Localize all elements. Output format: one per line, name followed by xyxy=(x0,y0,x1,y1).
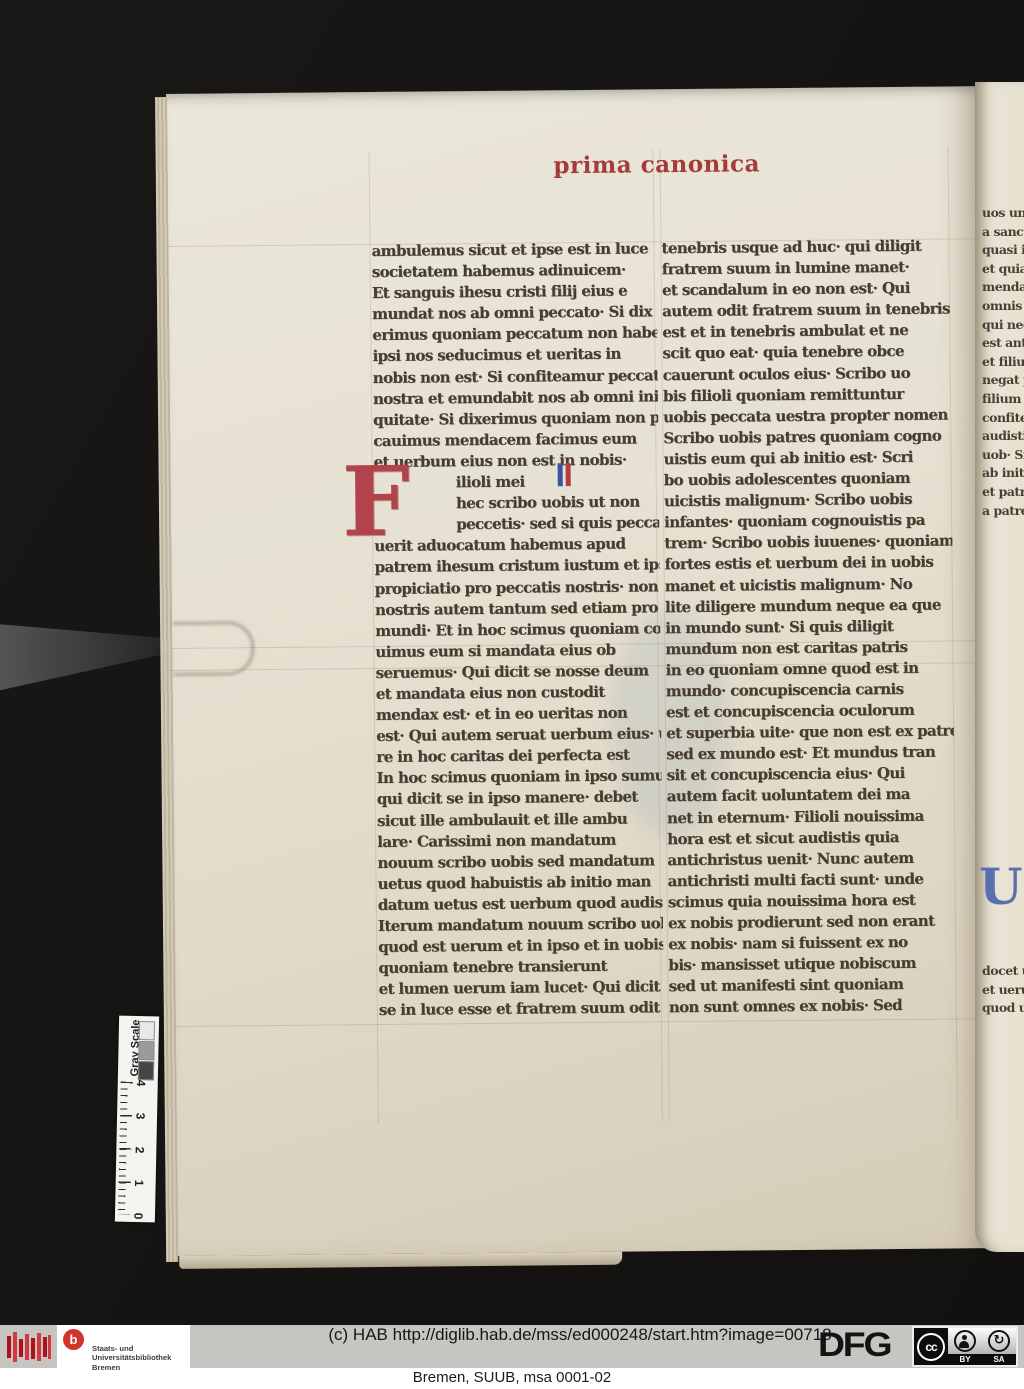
ruler-number: 3 xyxy=(133,1113,147,1120)
manuscript-line: bo uobis adolescentes quoniam xyxy=(664,468,952,492)
manuscript-line-fragment: et uerum e xyxy=(982,981,1024,1000)
manuscript-line: net in eternum· Filioli nouissima xyxy=(667,805,955,829)
manuscript-line: quitate· Si dixerimus quoniam non pec xyxy=(373,407,658,431)
bremen-bars-logo xyxy=(6,1330,52,1368)
manuscript-line: fortes estis et uerbum dei in uobis xyxy=(664,552,952,576)
library-name-line: Staats- und xyxy=(92,1344,171,1353)
cc-license-badge: cc ↻ BYSA xyxy=(912,1326,1018,1367)
ruler-numbers: 43210 xyxy=(135,1076,145,1223)
manuscript-line: mundat nos ab omni peccato· Si dix xyxy=(372,302,657,326)
cc-by-person-icon xyxy=(954,1330,976,1352)
manuscript-line: datum uetus est uerbum quod audistis xyxy=(378,892,663,916)
manuscript-line: uerit aduocatum habemus apud xyxy=(374,534,659,558)
manuscript-line: patrem ihesum cristum iustum et ipse est xyxy=(374,555,659,579)
cc-module-labels: BYSA xyxy=(948,1354,1016,1365)
manuscript-line: Iterum mandatum nouum scribo uobis xyxy=(378,913,663,937)
manuscript-line: ambulemus sicut et ipse est in luce xyxy=(371,238,656,262)
library-logo-box: b Staats- undUniversitätsbibliothekBreme… xyxy=(57,1325,190,1378)
manuscript-line-fragment: omnis est xyxy=(982,297,1024,316)
cc-logo-icon: cc xyxy=(914,1328,948,1365)
manuscript-line: Scribo uobis patres quoniam cogno xyxy=(663,425,951,449)
manuscript-line: sicut ille ambulauit et ille ambu xyxy=(377,808,662,832)
library-name: Staats- undUniversitätsbibliothekBremen xyxy=(92,1344,171,1372)
manuscript-line: nouum scribo uobis sed mandatum xyxy=(377,850,662,874)
manuscript-line-fragment: et filium· xyxy=(982,353,1024,372)
cc-label: SA xyxy=(993,1354,1004,1365)
manuscript-line: qui dicit se in ipso manere· debet xyxy=(377,787,662,811)
manuscript-line-fragment: a patre no xyxy=(982,502,1024,521)
manuscript-line: peccetis· sed si quis pecca xyxy=(456,513,659,536)
manuscript-line: mundi· Et in hoc scimus quoniam cogno xyxy=(375,618,660,642)
ruler-number: 0 xyxy=(131,1213,145,1220)
manuscript-line: in eo quoniam omne quod est in xyxy=(665,657,953,681)
manuscript-line: ex nobis· nam si fuissent ex no xyxy=(668,932,956,956)
manuscript-line-fragment: qui negat q xyxy=(982,316,1024,335)
ruler-ticks-major xyxy=(118,1082,133,1215)
manuscript-line: quoniam tenebre transierunt xyxy=(378,955,663,979)
manuscript-line: cauerunt oculos eius· Scribo uo xyxy=(663,362,951,386)
cc-label: BY xyxy=(959,1354,970,1365)
manuscript-line-fragment: uos unctio xyxy=(982,204,1024,223)
manuscript-line-fragment: confitetur xyxy=(982,409,1024,428)
facing-page-edge: uos unctioa sancto etquasi ignoret quia … xyxy=(975,82,1024,1252)
manuscript-line: antichristus uenit· Nunc autem xyxy=(667,847,955,871)
manuscript-scan-viewport: prima canonica ambulemus sicut et ipse e… xyxy=(0,0,1024,1389)
manuscript-line: lite diligere mundum neque ea que xyxy=(665,594,953,618)
manuscript-line: est et concupiscencia oculorum xyxy=(666,700,954,724)
cc-sa-arrow-icon: ↻ xyxy=(988,1330,1010,1352)
manuscript-line: hec scribo uobis ut non xyxy=(456,491,659,514)
manuscript-line-fragment: est antichri xyxy=(982,334,1024,353)
manuscript-line-fragment: quasi ignor xyxy=(982,241,1024,260)
manuscript-line-fragment: docet uos xyxy=(982,962,1024,981)
illuminated-initial-blue: U xyxy=(979,864,1023,909)
manuscript-line: sit et concupiscencia eius· Qui xyxy=(666,763,954,787)
manuscript-line: manet et uicistis malignum· No xyxy=(665,573,953,597)
manuscript-line: hora est et sicut audistis quia xyxy=(667,826,955,850)
ruler-number: 1 xyxy=(132,1179,146,1186)
manuscript-line: ipsi nos seducimus et ueritas in xyxy=(372,344,657,368)
dfg-logo: DFG xyxy=(818,1326,890,1365)
cc-module-icons: ↻ xyxy=(948,1328,1016,1354)
manuscript-line: re in hoc caritas dei perfecta est xyxy=(376,745,661,769)
grayscale-ruler: Gray Scale 43210 xyxy=(115,1016,159,1223)
manuscript-line: bis filioli quoniam remittuntur xyxy=(663,383,951,407)
gray-patch-medium xyxy=(138,1041,154,1060)
text-column-left: ambulemus sicut et ipse est in lucesocie… xyxy=(371,238,663,1021)
manuscript-line-fragment: ab initio p xyxy=(982,464,1024,483)
manuscript-line: societatem habemus adinuicem· xyxy=(372,259,657,283)
manuscript-line: cauimus mendacem facimus eum xyxy=(373,428,658,452)
library-name-line: Universitätsbibliothek xyxy=(92,1353,171,1362)
manuscript-line-fragment: audistis ab xyxy=(982,427,1024,446)
manuscript-line: uetus quod habuistis ab initio man xyxy=(377,871,662,895)
ruler-scale: 43210 xyxy=(115,1080,158,1218)
manuscript-line: se in luce esse et fratrem suum odit in xyxy=(379,998,664,1022)
manuscript-line: erimus quoniam peccatum non habemus xyxy=(372,323,657,347)
manuscript-line: sed ut manifesti sint quoniam xyxy=(668,974,956,998)
manuscript-line: bis· mansisset utique nobiscum xyxy=(668,953,956,977)
manuscript-line: in mundo sunt· Si quis diligit xyxy=(665,615,953,639)
manuscript-line: autem odit fratrem suum in tenebris xyxy=(662,299,950,323)
manuscript-line: uicistis malignum· Scribo uobis xyxy=(664,489,952,513)
manuscript-line-fragment: et quia sed xyxy=(982,260,1024,279)
manuscript-line: et lumen uerum iam lucet· Qui dicit xyxy=(379,977,664,1001)
manuscript-line: uobis peccata uestra propter nomen eius xyxy=(663,404,951,428)
caption-footer: b Staats- undUniversitätsbibliothekBreme… xyxy=(0,1325,1024,1389)
manuscript-line-fragment: uob· Si in u xyxy=(982,446,1024,465)
manuscript-line: propiciatio pro peccatis nostris· non pr… xyxy=(375,576,660,600)
manuscript-line: mundum non est caritas patris xyxy=(665,636,953,660)
cc-modules: ↻ BYSA xyxy=(948,1328,1016,1365)
footer-gray-bar: b Staats- undUniversitätsbibliothekBreme… xyxy=(0,1325,1024,1368)
facing-page-text-fragments-lower: docet uoset uerum equod uob xyxy=(982,962,1024,1018)
paragraph-mark-icon xyxy=(558,463,572,486)
library-name-line: Bremen xyxy=(92,1363,171,1372)
manuscript-line: fratrem suum in lumine manet· xyxy=(662,257,950,281)
manuscript-line: nostris autem tantum sed etiam pro tociu… xyxy=(375,597,660,621)
manuscript-line-fragment: et patre m xyxy=(982,483,1024,502)
manuscript-page: prima canonica ambulemus sicut et ipse e… xyxy=(166,86,986,1256)
manuscript-line: mundo· concupiscencia carnis xyxy=(666,678,954,702)
manuscript-line: Et sanguis ihesu cristi filij eius e xyxy=(372,280,657,304)
manuscript-line: et scandalum in eo non est· Qui xyxy=(662,278,950,302)
page-holder-shadow xyxy=(173,621,255,676)
manuscript-line: lare· Carissimi non mandatum xyxy=(377,829,662,853)
manuscript-line: sed ex mundo est· Et mundus tran xyxy=(666,742,954,766)
manuscript-line-fragment: quod uob xyxy=(982,999,1024,1018)
facing-page-text-fragments: uos unctioa sancto etquasi ignoret quia … xyxy=(982,204,1024,520)
grayscale-patches xyxy=(138,1021,155,1081)
manuscript-line: uistis eum qui ab initio est· Scri xyxy=(663,446,951,470)
illuminated-initial-F: F xyxy=(342,460,411,545)
manuscript-line: seruemus· Qui dicit se nosse deum xyxy=(375,660,660,684)
ruler-number: 4 xyxy=(134,1080,148,1087)
manuscript-line: ex nobis prodierunt sed non erant xyxy=(668,910,956,934)
manuscript-line: autem facit uoluntatem dei ma xyxy=(667,784,955,808)
manuscript-line: antichristi multi facti sunt· unde xyxy=(667,868,955,892)
manuscript-line: quod est uerum et in ipso et in uobis· xyxy=(378,934,663,958)
manuscript-line: infantes· quoniam cognouistis pa xyxy=(664,510,952,534)
manuscript-line: et mandata eius non custodit xyxy=(376,681,661,705)
library-logo-icon: b xyxy=(63,1329,84,1350)
manuscript-line-fragment: mendaciu xyxy=(982,278,1024,297)
manuscript-line: non sunt omnes ex nobis· Sed xyxy=(669,995,957,1019)
manuscript-line: et uerbum eius non est in nobis· xyxy=(373,449,658,473)
manuscript-line: nostra et emundabit nos ab omni ini xyxy=(373,386,658,410)
manuscript-line-fragment: negat patre xyxy=(982,371,1024,390)
manuscript-line: uimus eum si mandata eius ob xyxy=(375,639,660,663)
gray-patch-light xyxy=(139,1021,155,1040)
light-reflection-streak xyxy=(0,600,180,710)
manuscript-line: scit quo eat· quia tenebre obce xyxy=(662,341,950,365)
manuscript-line: est· Qui autem seruat uerbum eius· ue xyxy=(376,723,661,747)
manuscript-line-fragment: filium et pa xyxy=(982,390,1024,409)
page-rubric: prima canonica xyxy=(547,150,767,179)
ruler-number: 2 xyxy=(133,1146,147,1153)
manuscript-line: tenebris usque ad huc· qui diligit xyxy=(661,235,949,259)
manuscript-line: est et in tenebris ambulat et ne xyxy=(662,320,950,344)
manuscript-line: nobis non est· Si confiteamur peccata xyxy=(373,365,658,389)
manuscript-line-fragment: a sancto et xyxy=(982,223,1024,242)
manuscript-line: trem· Scribo uobis iuuenes· quoniam xyxy=(664,531,952,555)
manuscript-line: scimus quia nouissima hora est xyxy=(668,889,956,913)
manuscript-line: In hoc scimus quoniam in ipso sumus xyxy=(376,766,661,790)
text-column-right: tenebris usque ad huc· qui diligitfratre… xyxy=(661,235,956,1018)
manuscript-line: mendax est· et in eo ueritas non xyxy=(376,702,661,726)
manuscript-line: et superbia uite· que non est ex patre xyxy=(666,721,954,745)
